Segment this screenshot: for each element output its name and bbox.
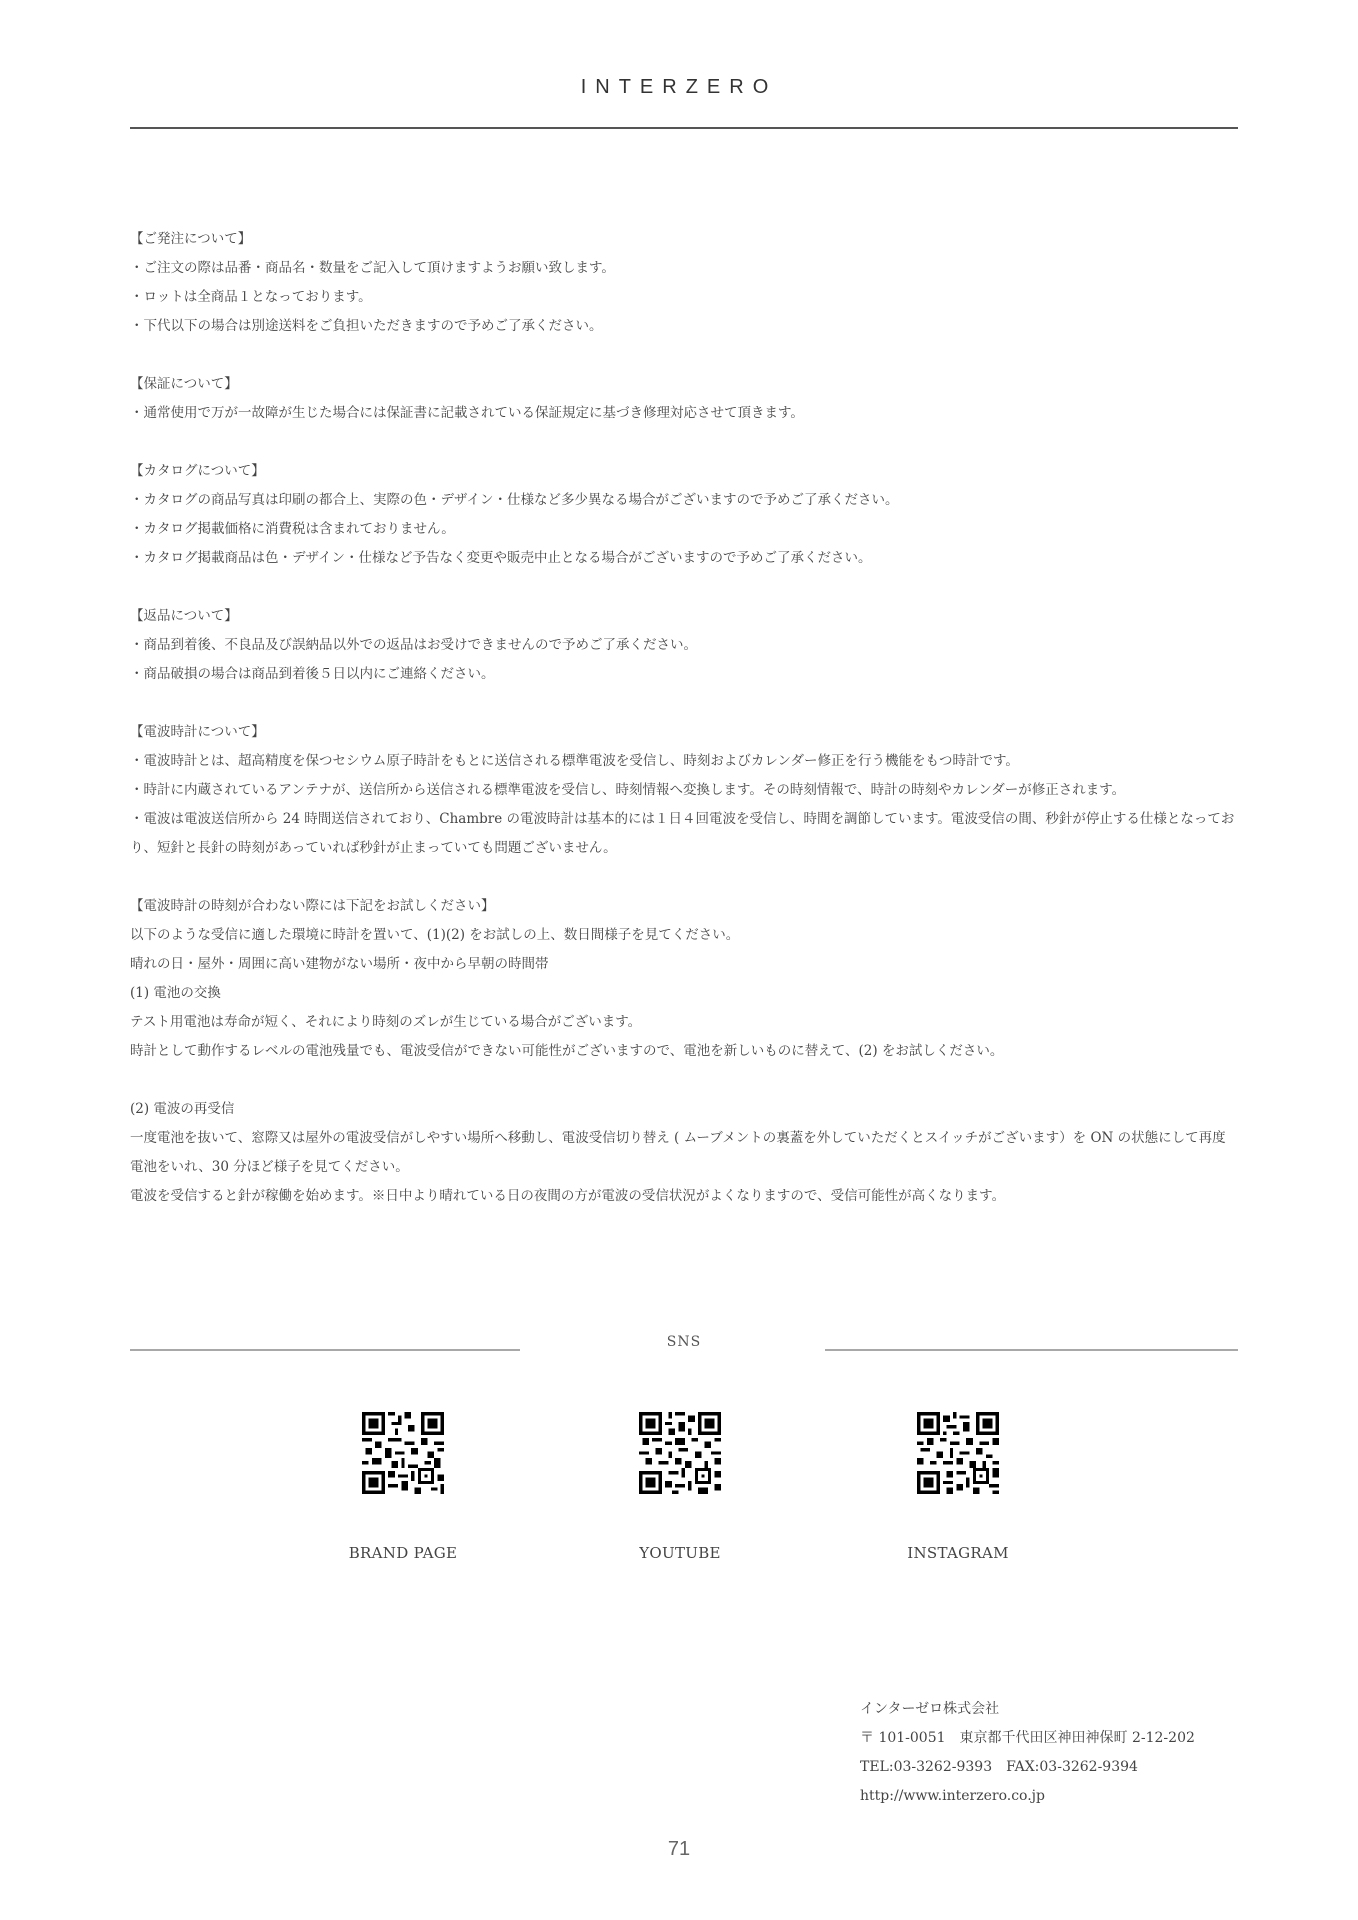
qr-code-icon[interactable] xyxy=(917,1412,999,1494)
qr-label[interactable]: INSTAGRAM xyxy=(858,1544,1058,1562)
section-line: ・カタログの商品写真は印刷の都合上、実際の色・デザイン・仕様など多少異なる場合が… xyxy=(130,486,1238,515)
section-warranty: 【保証について】 ・通常使用で万が一故障が生じた場合には保証書に記載されている保… xyxy=(130,370,1238,428)
section-heading: 【保証について】 xyxy=(130,370,1238,399)
qr-code-icon[interactable] xyxy=(639,1412,721,1494)
section-line: テスト用電池は寿命が短く、それにより時刻のズレが生じている場合がございます。 xyxy=(130,1008,1238,1037)
company-phone-fax: TEL:03-3262-9393 FAX:03-3262-9394 xyxy=(860,1753,1195,1782)
section-line: ・カタログ掲載商品は色・デザイン・仕様など予告なく変更や販売中止となる場合がござ… xyxy=(130,544,1238,573)
section-line: 晴れの日・屋外・周囲に高い建物がない場所・夜中から早朝の時間帯 xyxy=(130,950,1238,979)
section-line: ・通常使用で万が一故障が生じた場合には保証書に記載されている保証規定に基づき修理… xyxy=(130,399,1238,428)
qr-instagram[interactable]: INSTAGRAM xyxy=(858,1412,1058,1562)
section-catalog: 【カタログについて】 ・カタログの商品写真は印刷の都合上、実際の色・デザイン・仕… xyxy=(130,457,1238,573)
section-line: 一度電池を抜いて、窓際又は屋外の電波受信がしやすい場所へ移動し、電波受信切り替え… xyxy=(130,1124,1238,1182)
section-line: ・ロットは全商品１となっております。 xyxy=(130,283,1238,312)
qr-youtube[interactable]: YOUTUBE xyxy=(580,1412,780,1562)
divider-line-right xyxy=(825,1349,1238,1351)
company-name: インターゼロ株式会社 xyxy=(860,1695,1195,1724)
section-line: 電波を受信すると針が稼働を始めます。※日中より晴れている日の夜間の方が電波の受信… xyxy=(130,1182,1238,1211)
section-radio-clock: 【電波時計について】 ・電波時計とは、超高精度を保つセシウム原子時計をもとに送信… xyxy=(130,718,1238,863)
company-address: 〒 101-0051 東京都千代田区神田神保町 2-12-202 xyxy=(860,1724,1195,1753)
section-ordering: 【ご発注について】 ・ご注文の際は品番・商品名・数量をご記入して頂けますようお願… xyxy=(130,225,1238,341)
terms-content: 【ご発注について】 ・ご注文の際は品番・商品名・数量をご記入して頂けますようお願… xyxy=(130,225,1238,1240)
section-heading: 【ご発注について】 xyxy=(130,225,1238,254)
section-line: ・時計に内蔵されているアンテナが、送信所から送信される標準電波を受信し、時刻情報… xyxy=(130,776,1238,805)
qr-label[interactable]: BRAND PAGE xyxy=(303,1544,503,1562)
section-line: 以下のような受信に適した環境に時計を置いて、(1)(2) をお試しの上、数日間様… xyxy=(130,921,1238,950)
section-line: ・ご注文の際は品番・商品名・数量をご記入して頂けますようお願い致します。 xyxy=(130,254,1238,283)
section-heading: 【返品について】 xyxy=(130,602,1238,631)
section-heading: 【カタログについて】 xyxy=(130,457,1238,486)
section-heading: (2) 電波の再受信 xyxy=(130,1095,1238,1124)
section-heading: 【電波時計について】 xyxy=(130,718,1238,747)
section-line: ・商品破損の場合は商品到着後５日以内にご連絡ください。 xyxy=(130,660,1238,689)
section-line: ・カタログ掲載価格に消費税は含まれておりません。 xyxy=(130,515,1238,544)
qr-label[interactable]: YOUTUBE xyxy=(580,1544,780,1562)
company-info: インターゼロ株式会社 〒 101-0051 東京都千代田区神田神保町 2-12-… xyxy=(860,1695,1195,1811)
brand-title: INTERZERO xyxy=(0,76,1358,99)
company-url[interactable]: http://www.interzero.co.jp xyxy=(860,1782,1195,1811)
section-line: ・下代以下の場合は別途送料をご負担いただきますので予めご了承ください。 xyxy=(130,312,1238,341)
sns-label: SNS xyxy=(130,1334,1238,1350)
section-line: 時計として動作するレベルの電池残量でも、電波受信ができない可能性がございますので… xyxy=(130,1037,1238,1066)
qr-brand-page[interactable]: BRAND PAGE xyxy=(303,1412,503,1562)
section-re-reception: (2) 電波の再受信 一度電池を抜いて、窓際又は屋外の電波受信がしやすい場所へ移… xyxy=(130,1095,1238,1211)
section-returns: 【返品について】 ・商品到着後、不良品及び誤納品以外での返品はお受けできませんの… xyxy=(130,602,1238,689)
sns-divider: SNS xyxy=(130,1330,1238,1360)
section-line: ・電波時計とは、超高精度を保つセシウム原子時計をもとに送信される標準電波を受信し… xyxy=(130,747,1238,776)
header-divider xyxy=(130,127,1238,129)
section-line: (1) 電池の交換 xyxy=(130,979,1238,1008)
section-line: ・商品到着後、不良品及び誤納品以外での返品はお受けできませんので予めご了承くださ… xyxy=(130,631,1238,660)
qr-code-icon[interactable] xyxy=(362,1412,444,1494)
section-line: ・電波は電波送信所から 24 時間送信されており、Chambre の電波時計は基… xyxy=(130,805,1238,863)
page-number: 71 xyxy=(0,1838,1358,1861)
section-troubleshooting: 【電波時計の時刻が合わない際には下記をお試しください】 以下のような受信に適した… xyxy=(130,892,1238,1066)
section-heading: 【電波時計の時刻が合わない際には下記をお試しください】 xyxy=(130,892,1238,921)
